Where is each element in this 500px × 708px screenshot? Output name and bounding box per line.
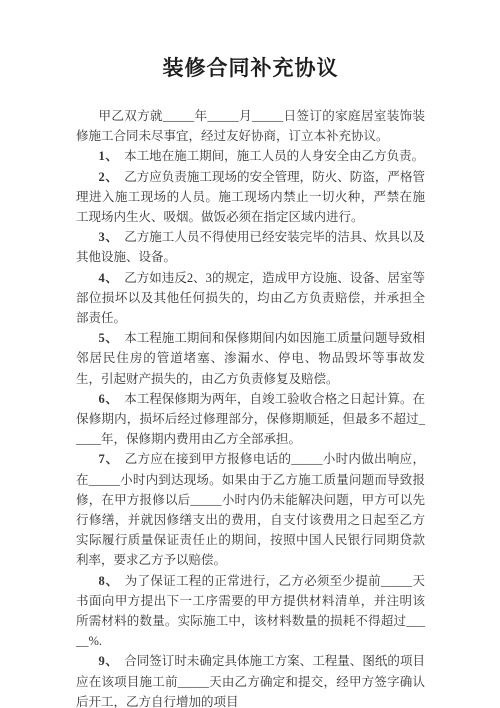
item-7-text: 乙方应在接到甲方报修电话的_____小时内做出响应，在_____小时内到达现场。… — [76, 452, 425, 567]
item-8-text: 为了保证工程的正常进行，乙方必须至少提前_____天书面向甲方提出下一工序需要的… — [76, 574, 425, 649]
item-6-number: 6、 — [99, 392, 119, 406]
document-title: 装修合同补充协议 — [76, 54, 425, 82]
item-1-number: 1、 — [99, 149, 119, 163]
contract-item-3: 3、乙方施工人员不得使用已经安装完毕的洁具、炊具以及其他设施、设备。 — [76, 227, 425, 267]
item-3-number: 3、 — [99, 230, 119, 244]
contract-item-1: 1、本工地在施工期间，施工人员的人身安全由乙方负责。 — [76, 146, 425, 166]
item-8-number: 8、 — [99, 574, 120, 588]
item-9-number: 9、 — [99, 654, 119, 668]
item-2-text: 乙方应负责施工现场的安全管理，防火、防盗，严格管理进入施工现场的人员。施工现场内… — [76, 170, 425, 224]
item-6-text: 本工程保修期为两年，自竣工验收合格之日起计算。在保修期内，损坏后经过修理部分，保… — [76, 392, 425, 446]
contract-item-5: 5、本工程施工期间和保修期间内如因施工质量问题导致相邻居民住房的管道堵塞、渗漏水… — [76, 328, 425, 389]
contract-item-4: 4、乙方如违反2、3的规定，造成甲方设施、设备、居室等部位损坏以及其他任何损失的… — [76, 268, 425, 329]
item-7-number: 7、 — [99, 452, 120, 466]
item-4-number: 4、 — [99, 271, 119, 285]
contract-item-9: 9、合同签订时未确定具体施工方案、工程量、图纸的项目应在该项目施工前_____天… — [76, 651, 425, 708]
item-3-text: 乙方施工人员不得使用已经安装完毕的洁具、炊具以及其他设施、设备。 — [76, 230, 425, 264]
item-1-text: 本工地在施工期间，施工人员的人身安全由乙方负责。 — [124, 149, 424, 163]
item-4-text: 乙方如违反2、3的规定，造成甲方设施、设备、居室等部位损坏以及其他任何损失的，均… — [76, 271, 425, 325]
contract-item-7: 7、乙方应在接到甲方报修电话的_____小时内做出响应，在_____小时内到达现… — [76, 449, 425, 570]
item-5-number: 5、 — [99, 331, 119, 345]
contract-item-2: 2、乙方应负责施工现场的安全管理，防火、防盗，严格管理进入施工现场的人员。施工现… — [76, 167, 425, 228]
item-2-number: 2、 — [99, 170, 119, 184]
document-page: 装修合同补充协议 甲乙双方就_____年_____月_____日签订的家庭居室装… — [0, 0, 500, 708]
contract-item-6: 6、本工程保修期为两年，自竣工验收合格之日起计算。在保修期内，损坏后经过修理部分… — [76, 389, 425, 450]
intro-paragraph: 甲乙双方就_____年_____月_____日签订的家庭居室装饰装修施工合同未尽… — [76, 106, 425, 146]
item-9-text: 合同签订时未确定具体施工方案、工程量、图纸的项目应在该项目施工前_____天由乙… — [76, 654, 425, 708]
item-5-text: 本工程施工期间和保修期间内如因施工质量问题导致相邻居民住房的管道堵塞、渗漏水、停… — [76, 331, 425, 385]
contract-item-8: 8、为了保证工程的正常进行，乙方必须至少提前_____天书面向甲方提出下一工序需… — [76, 571, 425, 652]
